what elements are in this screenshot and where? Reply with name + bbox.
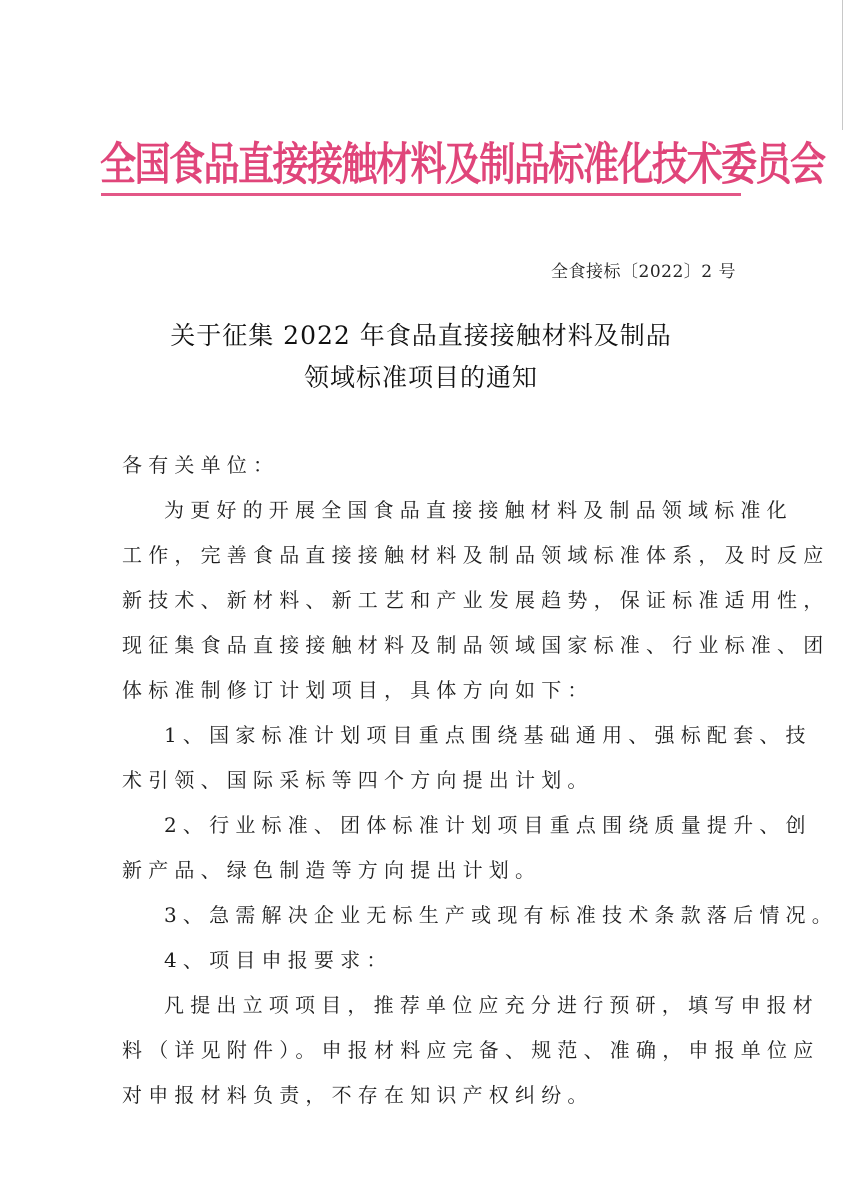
body-line: 现征集食品直接接触材料及制品领域国家标准、行业标准、团 [122,629,829,658]
organization-header: 全国食品直接接触材料及制品标准化技术委员会 [100,138,742,193]
scan-edge-line [842,0,843,130]
body-line-item-3: 3、急需解决企业无标生产或现有标准技术条款落后情况。 [164,899,838,928]
body-line: 术引领、国际采标等四个方向提出计划。 [122,764,594,793]
body-line-item-2: 2、行业标准、团体标准计划项目重点围绕质量提升、创 [164,809,812,838]
salutation: 各有关单位： [122,449,279,478]
header-red-rule [101,193,741,196]
body-line: 凡提出立项项目，推荐单位应充分进行预研，填写申报材 [164,989,819,1018]
body-line: 工作，完善食品直接接触材料及制品领域标准体系，及时反应 [122,539,829,568]
document-title-line-1: 关于征集 2022 年食品直接接触材料及制品 [100,316,742,352]
body-line-item-1: 1、国家标准计划项目重点围绕基础通用、强标配套、技 [164,719,812,748]
body-line: 体标准制修订计划项目，具体方向如下： [122,674,594,703]
document-number: 全食接标〔2022〕2 号 [551,257,736,282]
body-line: 对申报材料负责，不存在知识产权纠纷。 [122,1079,594,1108]
document-title-line-2: 领域标准项目的通知 [100,358,742,394]
body-line-item-4: 4、项目申报要求： [164,944,393,973]
body-line: 为更好的开展全国食品直接接触材料及制品领域标准化 [164,494,793,523]
body-line: 新技术、新材料、新工艺和产业发展趋势，保证标准适用性， [122,584,829,613]
body-line: 料（详见附件）。申报材料应完备、规范、准确，申报单位应 [122,1034,819,1063]
body-line: 新产品、绿色制造等方向提出计划。 [122,854,541,883]
